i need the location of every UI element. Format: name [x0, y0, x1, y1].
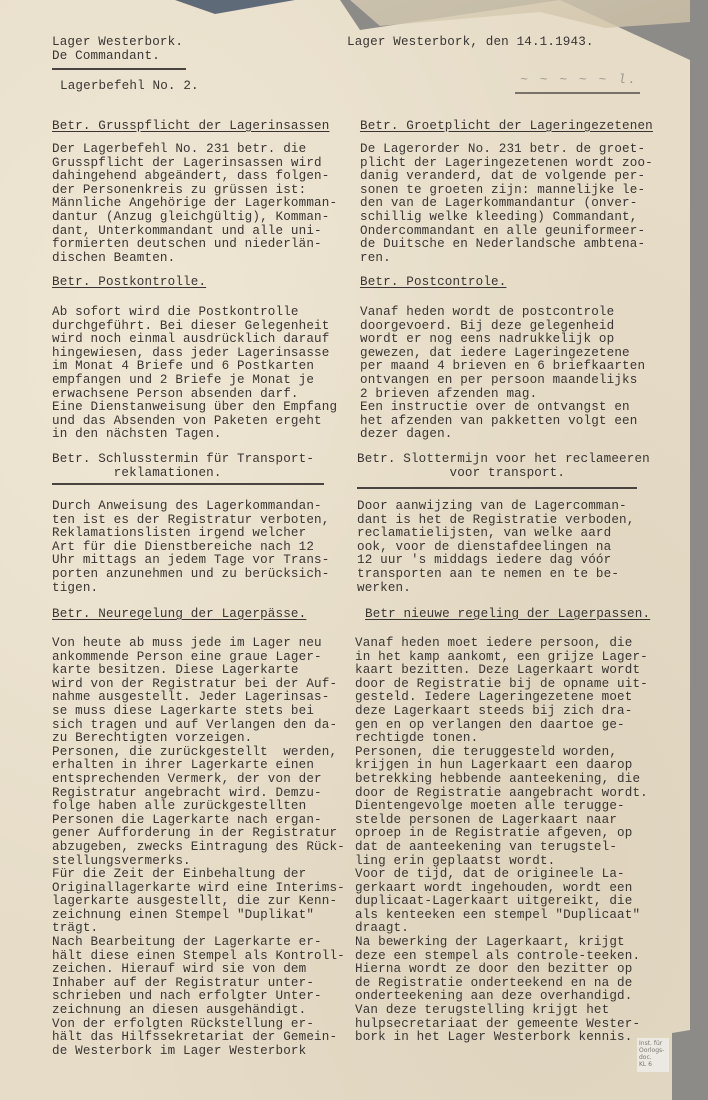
section-heading-de: Betr. Grusspflicht der Lagerinsassen: [52, 120, 329, 134]
section-heading-nl: Betr. Groetplicht der Lageringezetenen: [360, 120, 653, 134]
section-body-nl: Vanaf heden moet iedere persoon, die in …: [355, 637, 648, 1045]
section-heading-nl: Betr nieuwe regeling der Lagerpassen.: [365, 608, 650, 622]
section-heading-de: Betr. Schlusstermin für Transport- rekla…: [52, 453, 314, 480]
signature: ~ ~ ~ ~ ~ l.: [520, 72, 638, 87]
section-rule-nl: [357, 487, 637, 489]
section-body-de: Der Lagerbefehl No. 231 betr. die Grussp…: [52, 143, 337, 265]
section-heading-de: Betr. Neuregelung der Lagerpässe.: [52, 608, 306, 622]
section-body-nl: Vanaf heden wordt de postcontrole doorge…: [360, 306, 645, 442]
section-body-nl: Door aanwijzing van de Lagercomman- dant…: [357, 500, 634, 595]
archive-stamp: Inst. für Oorlogs- doc. KL 6: [637, 1038, 669, 1072]
section-body-de: Durch Anweisung des Lagerkommandan- ten …: [52, 500, 329, 595]
section-body-nl: De Lagerorder No. 231 betr. de groet- pl…: [360, 143, 653, 265]
header-rule: [52, 68, 186, 70]
sender-line-2: De Commandant.: [52, 50, 160, 64]
section-body-de: Ab sofort wird die Postkontrolle durchge…: [52, 306, 337, 442]
place-date: Lager Westerbork, den 14.1.1943.: [347, 36, 594, 50]
section-body-de: Von heute ab muss jede im Lager neu anko…: [52, 637, 345, 1058]
signature-rule: [515, 92, 640, 94]
section-heading-de: Betr. Postkontrolle.: [52, 276, 206, 290]
order-title: Lagerbefehl No. 2.: [60, 80, 199, 94]
sender-line-1: Lager Westerbork.: [52, 36, 183, 50]
section-rule-de: [52, 483, 324, 485]
section-heading-nl: Betr. Postcontrole.: [360, 276, 506, 290]
section-heading-nl: Betr. Slottermijn voor het reclameeren v…: [357, 453, 650, 480]
